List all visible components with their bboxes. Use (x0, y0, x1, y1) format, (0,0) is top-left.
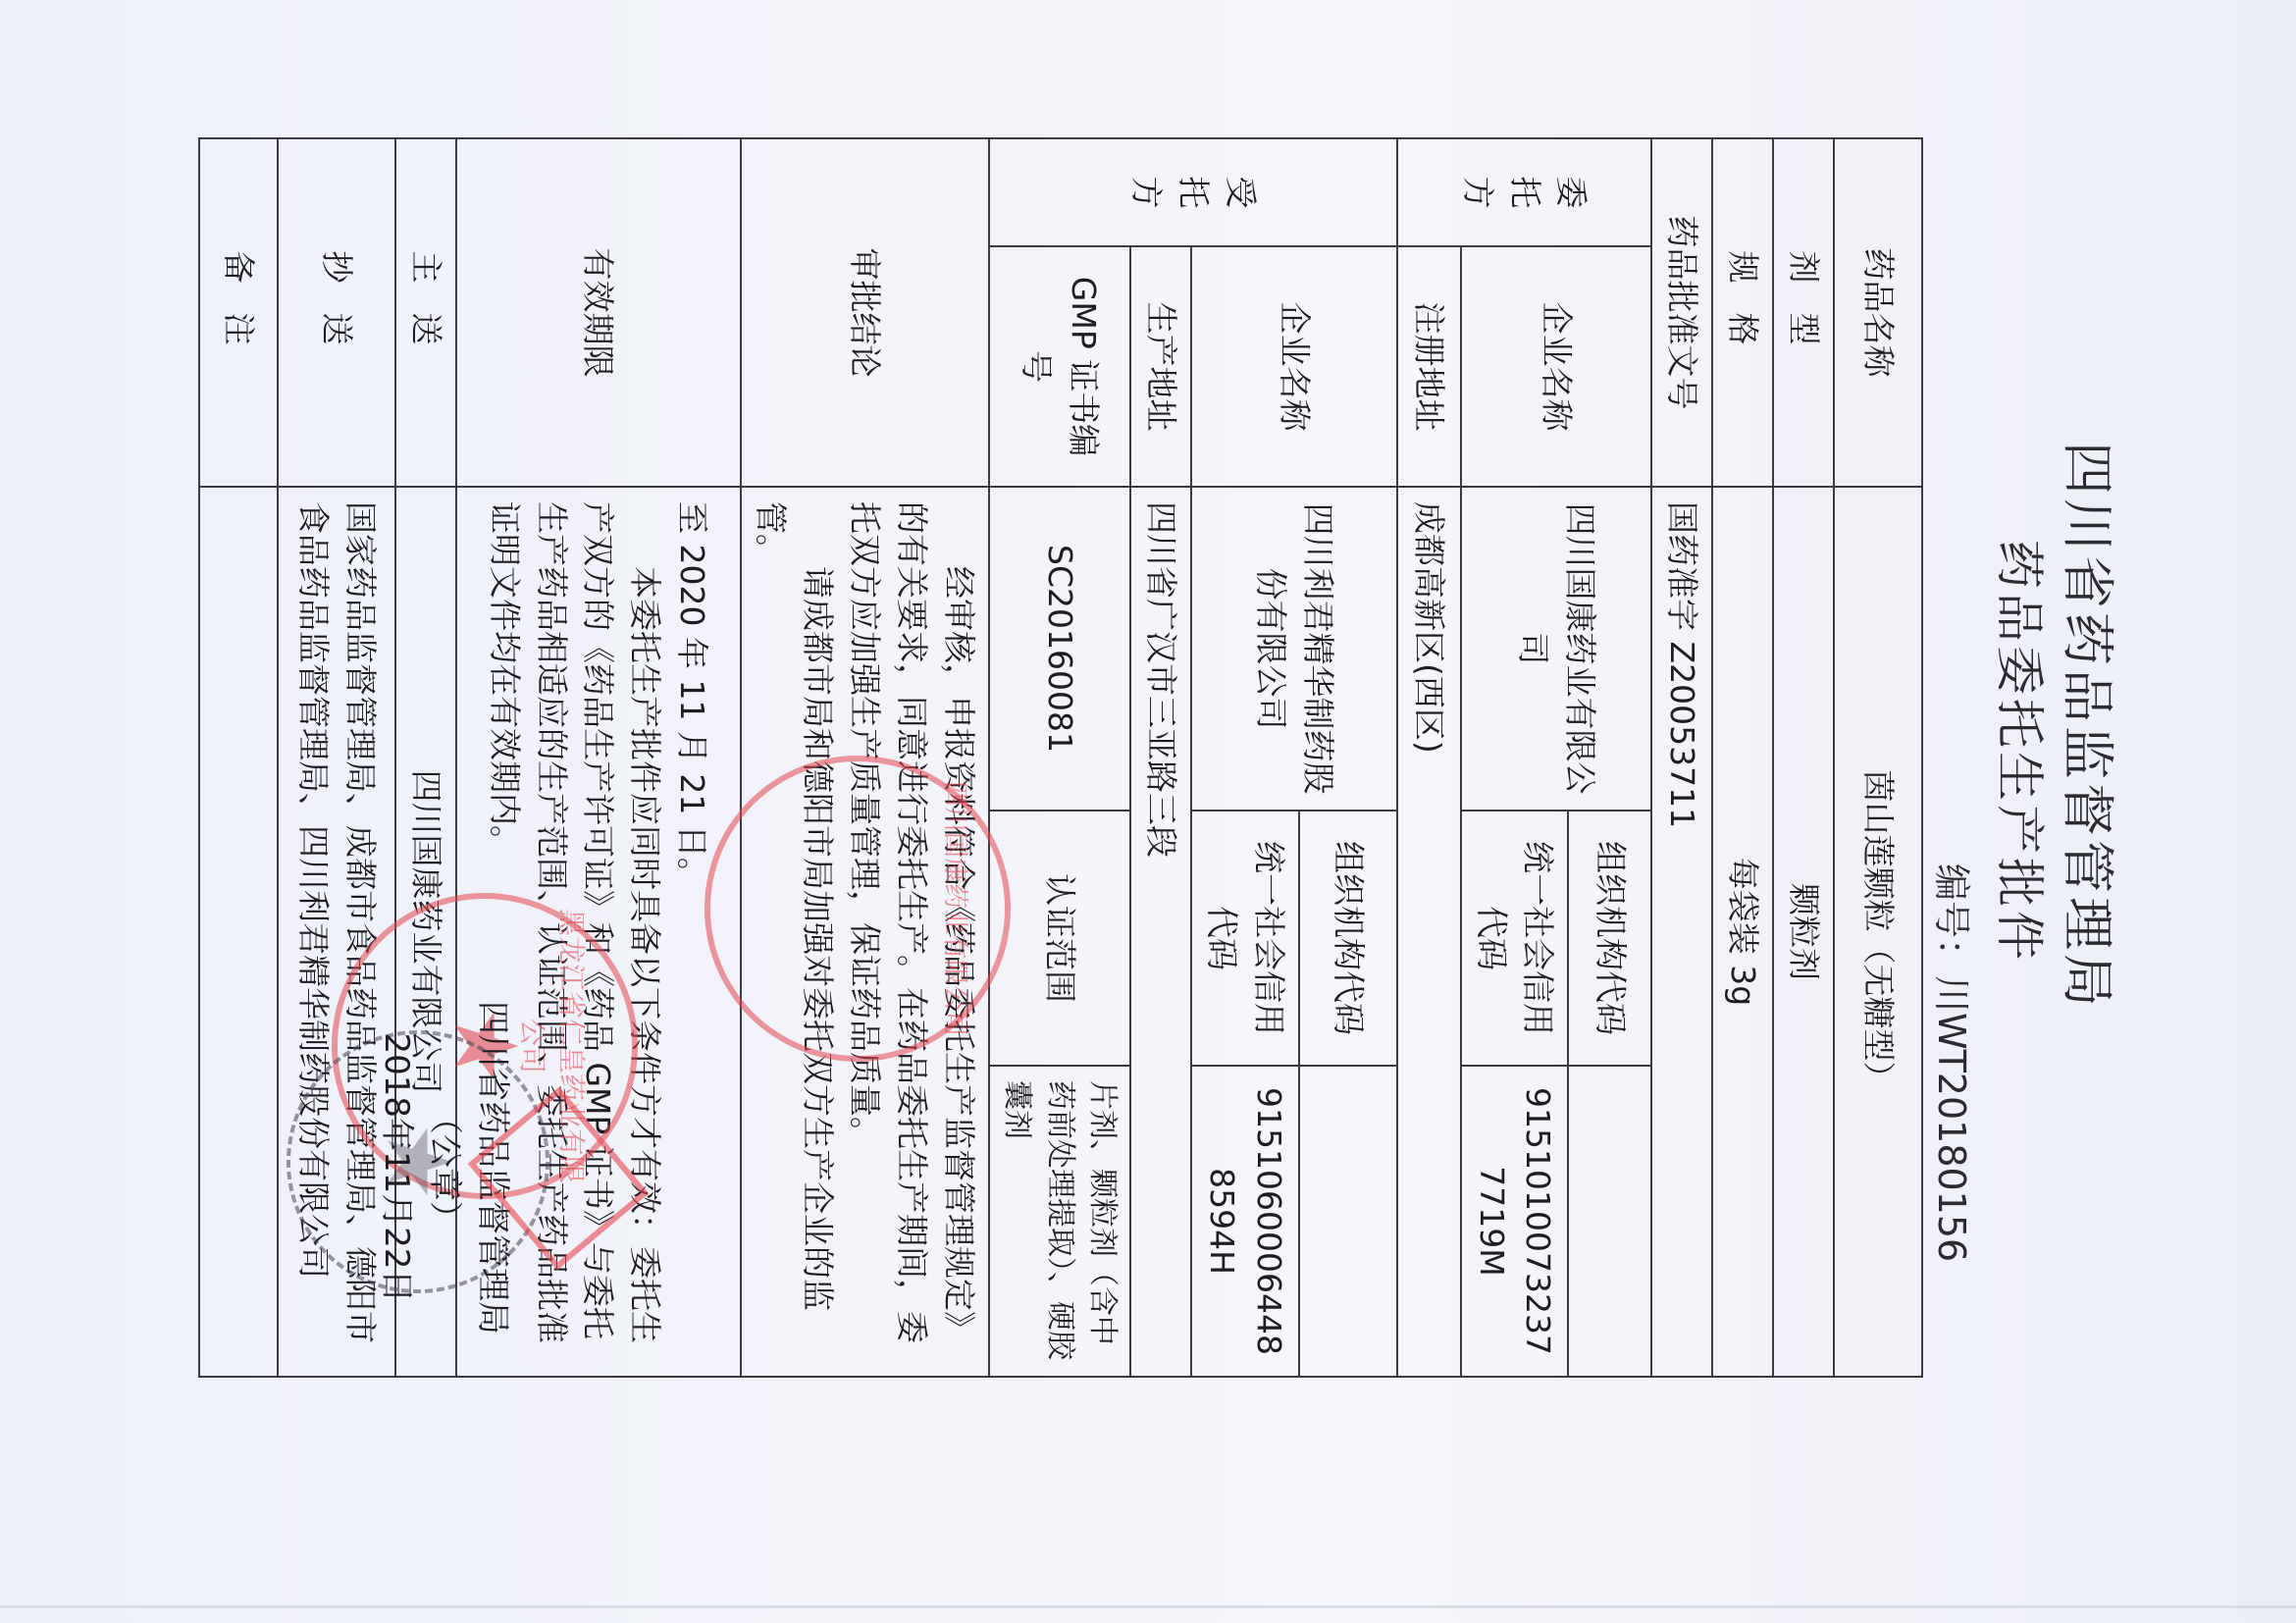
issuer-name: 四川省药品监督管理局 (472, 981, 520, 1354)
entrusted-credit-code-value: 91510600064488594H (1191, 1066, 1299, 1377)
entrusting-org-code-value (1568, 1066, 1651, 1377)
drug-name-label: 药品名称 (1834, 138, 1922, 487)
entrusted-company-label: 企业名称 (1191, 246, 1397, 487)
entrusting-address-label: 注册地址 (1397, 246, 1461, 487)
entrusted-address-value: 四川省广汉市三亚路三段 (1130, 487, 1191, 1377)
entrusted-org-code-label: 组织机构代码 (1299, 811, 1397, 1066)
row-dosage-form: 剂型 颗粒剂 (1773, 138, 1834, 1377)
row-entrusted-address: 生产地址 四川省广汉市三亚路三段 (1130, 138, 1191, 1377)
dosage-form-label: 剂型 (1773, 138, 1834, 487)
validity-date: 至 2020 年 11 月 21 日。 (668, 501, 715, 1362)
entrusted-party-label: 受托方 (989, 138, 1397, 246)
entrusting-company-label: 企业名称 (1461, 246, 1652, 487)
remarks-value (199, 487, 278, 1377)
row-entrusting-company: 委托方 企业名称 四川国康药业有限公司 组织机构代码 (1568, 138, 1651, 1377)
dosage-form-value: 颗粒剂 (1773, 487, 1834, 1377)
entrusting-org-code-label: 组织机构代码 (1568, 811, 1651, 1066)
entrusted-org-code-value (1299, 1066, 1397, 1377)
row-entrusted-gmp: GMP 证书编号 SC20160081 认证范围 片剂、颗粒剂（含中药前处理提取… (989, 138, 1131, 1377)
gmp-label: GMP 证书编号 (989, 246, 1131, 487)
conclusion-paragraph-1: 经审核，申报资料符合《药品委托生产监督管理规定》的有关要求，同意进行委托生产。在… (841, 501, 982, 1362)
conclusion-paragraph-2: 请成都市局和德阳市局加强对委托双方生产企业的监管。 (748, 501, 842, 1362)
title-block: 四川省药品监督管理局 药品委托生产批件 编号：川WT20180156 (1933, 118, 2149, 1393)
row-specification: 规格 每袋装 3g (1712, 138, 1773, 1377)
main-recipient-label: 主送 (395, 138, 456, 487)
issuing-authority-title: 四川省药品监督管理局 (2054, 442, 2129, 1011)
cert-scope-label: 认证范围 (989, 811, 1131, 1066)
conclusion-label: 审批结论 (741, 138, 989, 487)
conclusion-value: 经审核，申报资料符合《药品委托生产监督管理规定》的有关要求，同意进行委托生产。在… (741, 487, 989, 1377)
row-drug-name: 药品名称 茵山莲颗粒（无糖型） (1834, 138, 1922, 1377)
entrusting-address-value: 成都高新区(西区) (1397, 487, 1461, 1377)
cert-scope-value: 片剂、颗粒剂（含中药前处理提取）、硬胶囊剂 (989, 1066, 1131, 1377)
document-number: 编号：川WT20180156 (1928, 864, 1982, 1262)
approval-no-value: 国药准字 Z20053711 (1651, 487, 1712, 1377)
entrusted-credit-code-label: 统一社会信用代码 (1191, 811, 1299, 1066)
approval-document: 四川省药品监督管理局 药品委托生产批件 编号：川WT20180156 药品名称 … (324, 118, 2149, 1393)
approval-no-label: 药品批准文号 (1651, 138, 1712, 487)
row-entrusted-company: 受托方 企业名称 四川利君精华制药股份有限公司 组织机构代码 (1299, 138, 1397, 1377)
issuer-seal: （公章） (424, 981, 472, 1354)
remarks-label: 备注 (199, 138, 278, 487)
gmp-value: SC20160081 (989, 487, 1131, 811)
specification-label: 规格 (1712, 138, 1773, 487)
row-conclusion: 审批结论 经审核，申报资料符合《药品委托生产监督管理规定》的有关要求，同意进行委… (741, 138, 989, 1377)
document-number-value: 川WT20180156 (1930, 975, 1973, 1262)
issuer-block: 四川省药品监督管理局 （公章） 2018年11月22日 (376, 981, 520, 1354)
entrusted-company-value: 四川利君精华制药股份有限公司 (1191, 487, 1397, 811)
entrusting-party-label: 委托方 (1397, 138, 1652, 246)
entrusted-address-label: 生产地址 (1130, 246, 1191, 487)
specification-value: 每袋装 3g (1712, 487, 1773, 1377)
row-remarks: 备注 (199, 138, 278, 1377)
row-approval-no: 药品批准文号 国药准字 Z20053711 (1651, 138, 1712, 1377)
issue-date: 2018年11月22日 (376, 981, 424, 1354)
row-entrusting-address: 注册地址 成都高新区(西区) (1397, 138, 1461, 1377)
validity-label: 有效期限 (456, 138, 741, 487)
drug-name-value: 茵山莲颗粒（无糖型） (1834, 487, 1922, 1377)
entrusting-credit-code-label: 统一社会信用代码 (1461, 811, 1569, 1066)
cc-label: 抄送 (278, 138, 395, 487)
document-title: 药品委托生产批件 (1988, 540, 2059, 964)
entrusting-credit-code-value: 91510100732377719M (1461, 1066, 1569, 1377)
scan-edge (0, 1605, 2296, 1608)
entrusting-company-value: 四川国康药业有限公司 (1461, 487, 1652, 811)
document-number-label: 编号： (1930, 864, 1973, 975)
